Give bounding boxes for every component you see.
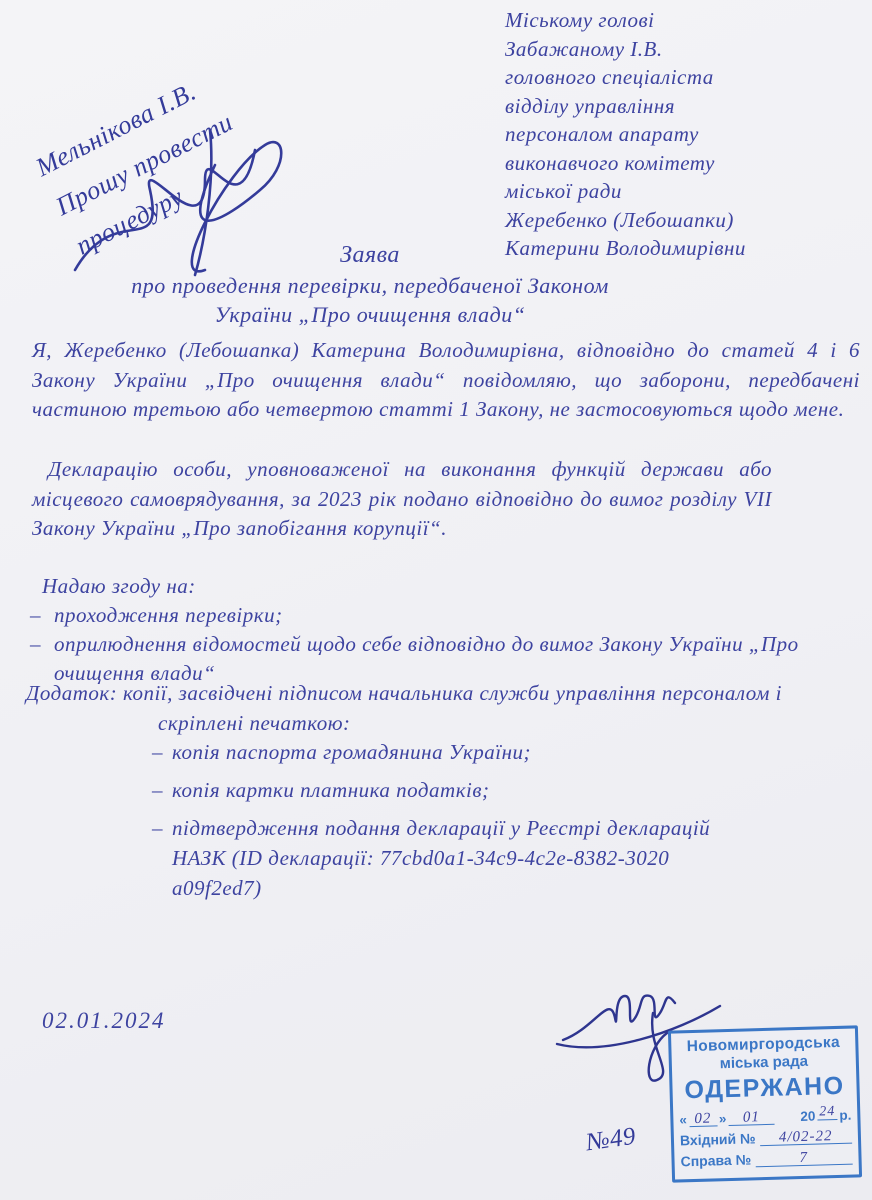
addressee-line: Забажаному І.В.	[505, 35, 805, 64]
stamp-incoming-number: Вхідний № 4/02-22	[680, 1128, 852, 1149]
body-paragraph-1: Я, Жеребенко (Лебошапка) Катерина Володи…	[32, 336, 860, 425]
stamp-case-value: 7	[755, 1150, 853, 1168]
stamp-date-day: 02	[689, 1111, 717, 1127]
received-stamp: Новомиргородська міська рада ОДЕРЖАНО « …	[668, 1025, 862, 1182]
document-date: 02.01.2024	[42, 1008, 166, 1034]
consent-list: проходження перевірки; оприлюднення відо…	[30, 601, 810, 688]
stamp-date-line: « 02 » 01 20 24 р.	[679, 1108, 851, 1128]
scanned-document: Мельнікова І.В. Прошу провести процедуру…	[0, 0, 872, 1200]
stamp-case-number: Справа № 7	[680, 1149, 852, 1170]
stamp-received-label: ОДЕРЖАНО	[678, 1072, 851, 1106]
title-line-1: Заява	[0, 242, 740, 269]
stamp-date-month: 01	[728, 1110, 774, 1126]
attachment-item: підтвердження подання декларації у Реєст…	[152, 813, 752, 903]
addressee-line: Міському голові	[505, 6, 805, 35]
stamp-date-suffix: р.	[839, 1108, 851, 1123]
body-paragraph-2: Декларацію особи, уповноваженої на викон…	[32, 455, 772, 544]
stamp-date-year-handwritten: 24	[817, 1105, 837, 1121]
addressee-line: виконавчого комітету	[505, 149, 805, 178]
attachment-list: копія паспорта громадянина України; копі…	[152, 737, 752, 911]
addressee-line: відділу управління	[505, 92, 805, 121]
title-line-2: про проведення перевірки, передбаченої З…	[0, 273, 740, 299]
attachment-item: копія картки платника податків;	[152, 775, 752, 805]
stamp-case-label: Справа №	[680, 1151, 751, 1169]
consent-heading: Надаю згоду на:	[42, 574, 196, 599]
stamp-date-quote-open: «	[679, 1112, 687, 1127]
attachment-heading: Додаток: копії, засвідчені підписом нача…	[26, 679, 808, 738]
stamp-date-quote-close: »	[719, 1111, 727, 1126]
stamp-incoming-value: 4/02-22	[759, 1129, 852, 1147]
addressee-line: головного спеціаліста	[505, 63, 805, 92]
registration-number-note: №49	[584, 1123, 637, 1158]
addressee-line: міської ради	[505, 177, 805, 206]
handwritten-annotation: Мельнікова І.В. Прошу провести процедуру	[28, 14, 355, 268]
stamp-date-year-printed: 20	[800, 1109, 815, 1124]
title-line-3: України „Про очищення влади“	[0, 302, 740, 328]
attachment-item: копія паспорта громадянина України;	[152, 737, 752, 767]
addressee-block: Міському голові Забажаному І.В. головног…	[505, 6, 805, 263]
document-title: Заява про проведення перевірки, передбач…	[0, 242, 740, 328]
addressee-line: персоналом апарату	[505, 120, 805, 149]
addressee-line: Жеребенко (Лебошапки)	[505, 206, 805, 235]
stamp-incoming-label: Вхідний №	[680, 1130, 756, 1148]
consent-item: проходження перевірки;	[30, 601, 810, 630]
